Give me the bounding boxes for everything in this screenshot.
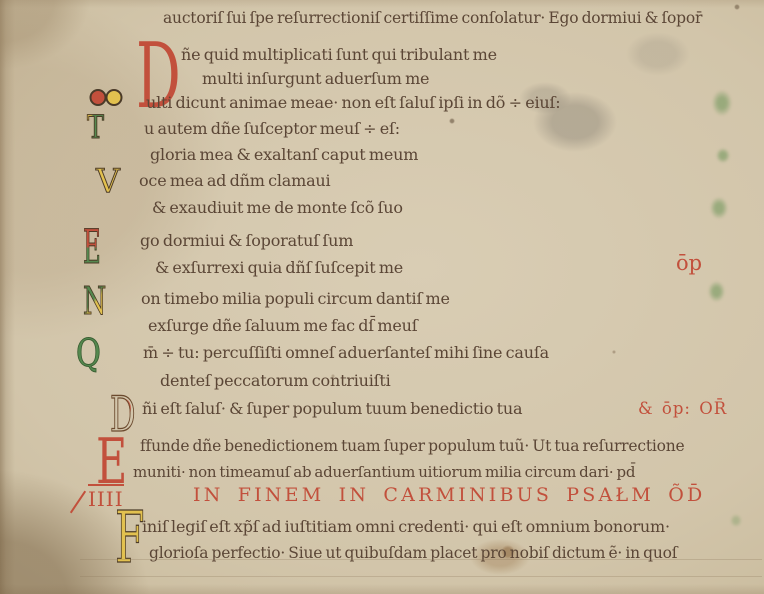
green-stain [708, 281, 725, 302]
ruling-line [80, 559, 762, 560]
illuminated-initial-Q: Q [76, 334, 101, 372]
text-line: ñe quid multiplicati ſunt qui tribulant … [181, 45, 497, 64]
text-line: auctoriſ ſui ſpe reſurrectioniſ certiſſi… [163, 9, 702, 28]
green-stain [716, 148, 730, 163]
rubric-paragraph-mark [70, 491, 86, 514]
illuminated-initial-N: N [83, 282, 106, 320]
text-line: ulti dicunt animae meae· non eſt ſaluſ i… [146, 93, 560, 112]
text-line: muniti· non timeamuſ ab aduerſantium uit… [133, 463, 635, 481]
margin-gloss-oratio: & ōp: OR̄ [638, 399, 727, 418]
text-line: iniſ legiſ eſt xp̃ſ ad iuſtitiam omni cr… [142, 517, 670, 536]
text-line: multi inſurgunt aduerſum me [202, 69, 429, 88]
text-line: go dormiui & ſoporatuſ ſum [140, 231, 353, 250]
text-line: gloria mea & exaltanſ caput meum [150, 145, 418, 164]
text-line: ñi eſt ſaluſ· & ſuper populum tuum bened… [142, 399, 522, 418]
rubric-psalm-number: IIII [88, 484, 124, 511]
margin-gloss-op: ōp [676, 251, 702, 275]
green-stain [710, 197, 728, 219]
text-line: exſurge dñe ſaluum me fac dſ̄ meuſ [148, 316, 417, 335]
illuminated-initial-V: V [96, 164, 120, 197]
manuscript-page: auctoriſ ſui ſpe reſurrectioniſ certiſſi… [0, 0, 764, 594]
text-line: oce mea ad dñm clamaui [139, 171, 330, 190]
text-line: u autem dñe ſuſceptor meuſ ÷ eſ: [144, 119, 400, 138]
text-line: on timebo milia populi circum dantiſ me [141, 289, 450, 308]
illuminated-initial-E: E [83, 224, 101, 271]
text-line: denteſ peccatorum contriuiſti [160, 371, 391, 390]
illuminated-initial-F: F [115, 502, 145, 573]
green-stain [730, 514, 742, 527]
text-line: ffunde dñe benedictionem tuam ſuper popu… [140, 437, 685, 456]
ruling-line [80, 576, 762, 577]
rubric-title: IN FINEM IN CARMINIBUS PSAŁM ÕD̄ [193, 484, 705, 506]
green-stain [712, 90, 732, 116]
text-line: & exaudiuit me de monte ſcõ ſuo [152, 198, 403, 217]
illuminated-initial-M [88, 88, 128, 110]
illuminated-initial-T: T [87, 111, 104, 143]
text-line: m̄ ÷ tu: percuſſiſti omneſ aduerſanteſ m… [143, 343, 549, 362]
text-line: & exſurrexi quia dñſ ſuſcepit me [155, 258, 403, 277]
